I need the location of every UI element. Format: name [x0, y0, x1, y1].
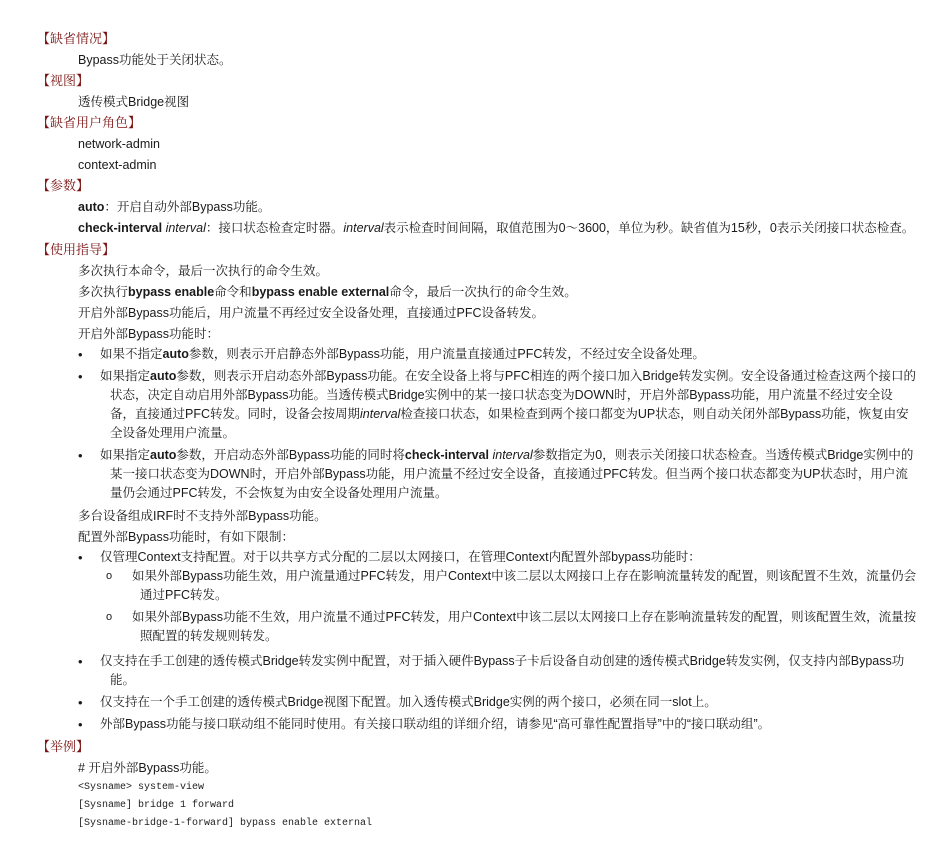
param-auto: auto：开启自动外部Bypass功能。 — [78, 197, 917, 218]
code-line: [Sysname-bridge-1-forward] bypass enable… — [78, 815, 917, 833]
keyword: check-interval — [405, 448, 489, 462]
heading-default: 【缺省情况】 — [37, 29, 917, 50]
argument: interval — [360, 407, 400, 421]
example-comment: # 开启外部Bypass功能。 — [78, 758, 917, 779]
text: 如果指定 — [100, 369, 150, 383]
argument: interval — [492, 448, 532, 462]
sub-list-item: 如果外部Bypass功能生效，用户流量通过PFC转发，用户Context中该二层… — [132, 567, 917, 608]
heading-view: 【视图】 — [37, 71, 917, 92]
text: 外部Bypass功能与接口联动组不能同时使用。有关接口联动组的详细介绍，请参见“… — [100, 715, 917, 734]
keyword: auto — [163, 347, 189, 361]
role-item: network-admin — [78, 134, 917, 155]
view-text: 透传模式Bridge视图 — [78, 92, 917, 113]
usage-para: 开启外部Bypass功能后，用户流量不再经过安全设备处理，直接通过PFC设备转发… — [78, 303, 917, 324]
param-desc: ：开启自动外部Bypass功能。 — [104, 200, 270, 214]
list-item: 外部Bypass功能与接口联动组不能同时使用。有关接口联动组的详细介绍，请参见“… — [100, 715, 917, 737]
role-item: context-admin — [78, 155, 917, 176]
usage-para: 多次执行本命令，最后一次执行的命令生效。 — [78, 261, 917, 282]
bullet-list: 如果不指定auto参数，则表示开启静态外部Bypass功能，用户流量直接通过PF… — [37, 345, 917, 506]
text: 如果不指定 — [100, 347, 163, 361]
code-line: [Sysname] bridge 1 forward — [78, 797, 917, 815]
list-item: 仅支持在一个手工创建的透传模式Bridge视图下配置。加入透传模式Bridge实… — [100, 693, 917, 715]
sub-list: 如果外部Bypass功能生效，用户流量通过PFC转发，用户Context中该二层… — [100, 567, 917, 649]
keyword: auto — [150, 369, 176, 383]
usage-para: 多次执行bypass enable命令和bypass enable extern… — [78, 282, 917, 303]
list-item: 仅管理Context支持配置。对于以共享方式分配的二层以太网接口，在管理Cont… — [100, 548, 917, 652]
heading-usage: 【使用指导】 — [37, 240, 917, 261]
text: 如果外部Bypass功能不生效，用户流量不通过PFC转发，用户Context中该… — [132, 608, 917, 646]
keyword: auto — [78, 200, 104, 214]
text: 仅管理Context支持配置。对于以共享方式分配的二层以太网接口，在管理Cont… — [100, 548, 917, 567]
sub-list-item: 如果外部Bypass功能不生效，用户流量不通过PFC转发，用户Context中该… — [132, 608, 917, 649]
param-check-interval: check-interval interval：接口状态检查定时器。interv… — [78, 218, 917, 240]
list-item: 如果指定auto参数，开启动态外部Bypass功能的同时将check-inter… — [100, 446, 917, 506]
usage-para: 开启外部Bypass功能时： — [78, 324, 917, 345]
usage-para: 配置外部Bypass功能时，有如下限制： — [78, 527, 917, 548]
text: 仅支持在手工创建的透传模式Bridge转发实例中配置，对于插入硬件Bypass子… — [100, 652, 917, 690]
param-desc: 表示检查时间间隔，取值范围为0～3600，单位为秒。缺省值为15秒，0表示关闭接… — [384, 221, 915, 235]
usage-para: 多台设备组成IRF时不支持外部Bypass功能。 — [78, 506, 917, 527]
argument: interval — [343, 221, 383, 235]
list-item: 如果不指定auto参数，则表示开启静态外部Bypass功能，用户流量直接通过PF… — [100, 345, 917, 367]
heading-example: 【举例】 — [37, 737, 917, 758]
text: 参数，开启动态外部Bypass功能的同时将 — [176, 448, 405, 462]
heading-default-roles: 【缺省用户角色】 — [37, 113, 917, 134]
code-line: <Sysname> system-view — [78, 779, 917, 797]
keyword: bypass enable — [128, 285, 214, 299]
list-item: 仅支持在手工创建的透传模式Bridge转发实例中配置，对于插入硬件Bypass子… — [100, 652, 917, 693]
text: 参数，则表示开启静态外部Bypass功能，用户流量直接通过PFC转发，不经过安全… — [189, 347, 705, 361]
argument: interval — [166, 221, 206, 235]
default-text: Bypass功能处于关闭状态。 — [78, 50, 917, 71]
param-desc: ：接口状态检查定时器。 — [206, 221, 344, 235]
keyword: check-interval — [78, 221, 162, 235]
command-reference-doc: 【缺省情况】 Bypass功能处于关闭状态。 【视图】 透传模式Bridge视图… — [0, 0, 917, 833]
keyword: auto — [150, 448, 176, 462]
list-item: 如果指定auto参数，则表示开启动态外部Bypass功能。在安全设备上将与PFC… — [100, 367, 917, 446]
text: 多次执行 — [78, 285, 128, 299]
text: 命令和 — [214, 285, 252, 299]
text: 仅支持在一个手工创建的透传模式Bridge视图下配置。加入透传模式Bridge实… — [100, 693, 917, 712]
text: 如果外部Bypass功能生效，用户流量通过PFC转发，用户Context中该二层… — [132, 567, 917, 605]
text: 命令，最后一次执行的命令生效。 — [389, 285, 577, 299]
text: 如果指定 — [100, 448, 150, 462]
keyword: bypass enable external — [252, 285, 390, 299]
heading-params: 【参数】 — [37, 176, 917, 197]
restriction-list: 仅管理Context支持配置。对于以共享方式分配的二层以太网接口，在管理Cont… — [37, 548, 917, 737]
